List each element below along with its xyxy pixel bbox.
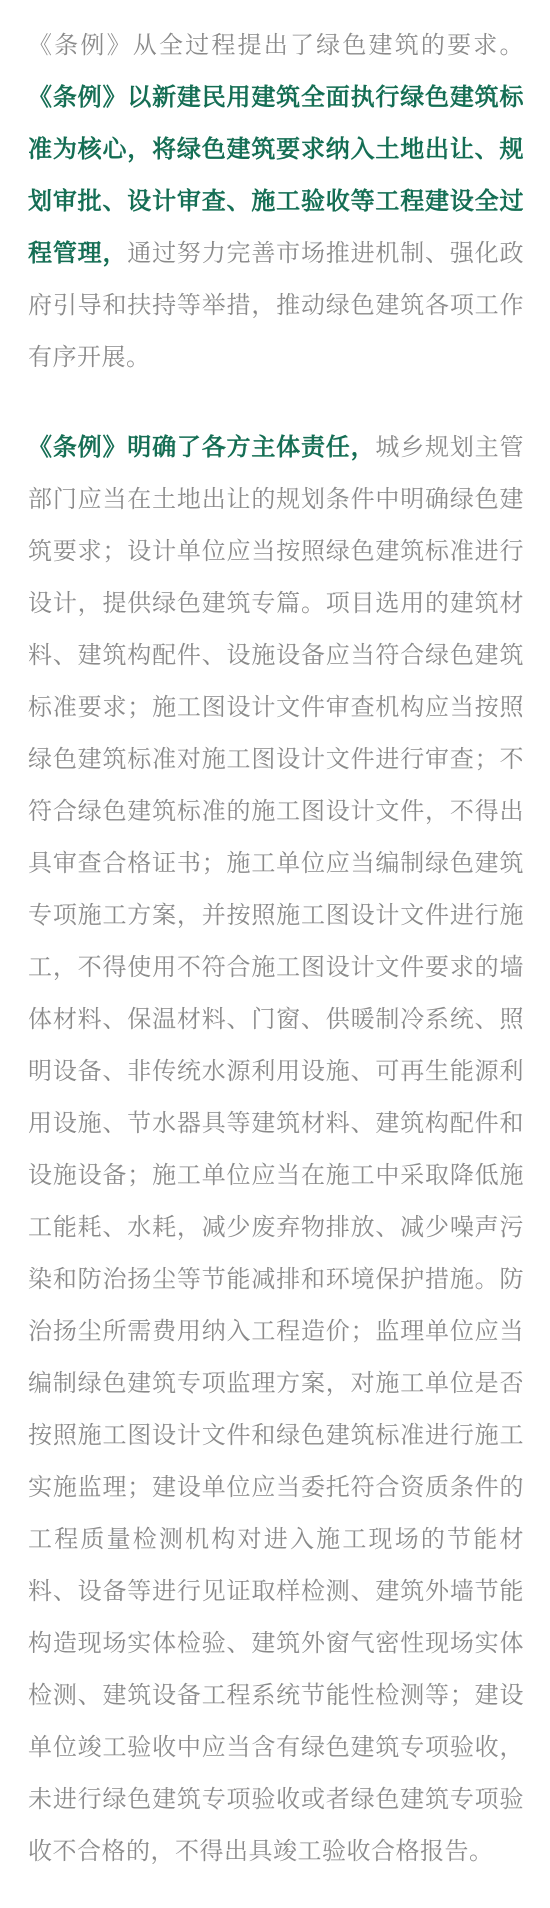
article-body: 《条例》从全过程提出了绿色建筑的要求。《条例》以新建民用建筑全面执行绿色建筑标准… [0,0,550,1908]
text-segment-emphasis: 《条例》明确了各方主体责任， [28,434,375,461]
paragraph: 《条例》从全过程提出了绿色建筑的要求。《条例》以新建民用建筑全面执行绿色建筑标准… [28,20,524,384]
page: { "page": { "background_color": "#ffffff… [0,0,550,1908]
paragraph: 《条例》明确了各方主体责任，城乡规划主管部门应当在土地出让的规划条件中明确绿色建… [28,422,524,1878]
text-segment: 城乡规划主管部门应当在土地出让的规划条件中明确绿色建筑要求；设计单位应当按照绿色… [28,434,524,1865]
text-segment: 《条例》从全过程提出了绿色建筑的要求。 [28,32,524,59]
